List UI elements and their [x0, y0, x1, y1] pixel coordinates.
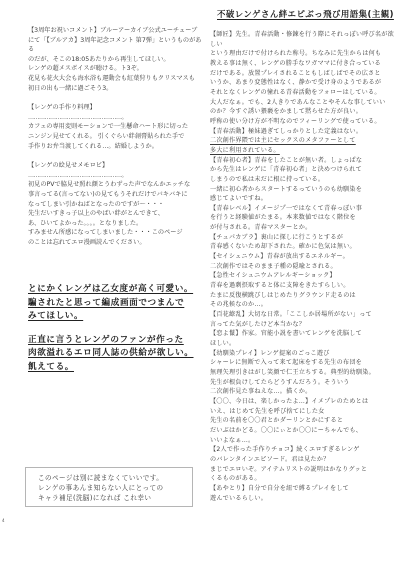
glossary-line: その兆候なのか…。: [210, 300, 395, 310]
emphasis-line: 飢えてる。: [28, 362, 74, 372]
glossary-line: くるものがある。: [210, 474, 395, 484]
glossary-line: 無理矢理引きはがし笑顔で仁王立ちする。典型的幼馴染。: [210, 368, 395, 378]
text-line: 初見のPVで脇見せ照れ顔とうわずった声でなんかエッチな: [28, 180, 203, 190]
text-line: 手作りお弁当渡してくれる…。結婚しようか。: [28, 142, 203, 152]
glossary-line: のバレンタインエピソード。君は見たか？: [210, 455, 395, 465]
note-box: このページは別に読まなくていいです。 レンゲの事あんま知らない人にとっての キャ…: [25, 467, 193, 507]
note-line: キャラ補足(洗脳)になれば これ幸い: [38, 493, 192, 503]
emphasis-line: 肉欲溢れるエロ同人誌の供給が欲しい。: [28, 348, 194, 358]
glossary-line: のか？今すぐ誘い猥褻をかまして黙らせた方が良い。: [210, 107, 395, 117]
glossary-line: 遊んでいるらしい。: [210, 494, 395, 504]
glossary-line: たまに反復横跳びしはじめたりグラウンド走るのは: [210, 291, 395, 301]
left-column: 【3周年お祝いコメント】ブルーアーカイブ公式ユーチューブ にて「【ブルアカ】3周…: [28, 26, 203, 374]
glossary-line: 一緒に初心者からスタートするっていうのも幼馴染を: [210, 185, 395, 195]
text-line: のことは忘れてエロ漫画読んでください。: [28, 238, 203, 248]
emphasis-line: みてほしい。: [28, 311, 83, 321]
glossary-line: いえ、はじめて先生を呼び捨てにした女: [210, 407, 395, 417]
emphasis-line: 騙されたと思って編成画面でつまんで: [28, 298, 184, 308]
glossary-line: 先生が根負けしてたらどうすんだろう。そういう: [210, 378, 395, 388]
glossary-line: 言ってた気がしたけど本当かな？: [210, 320, 395, 330]
glossary-line: 呼称の使い分け方が不明なのでフィーリングで使っている。: [210, 117, 395, 127]
glossary-line: 【セイシュニウム】青春が放出するエネルギー。: [210, 252, 395, 262]
glossary-line: まじでエロいぞ。アイテムリストの説明はかなりグッと: [210, 465, 395, 475]
glossary-line: 青春を過剰摂取すると体に支障をきたすらしい。: [210, 281, 395, 291]
glossary-line: が付与される。青春マスターとか。: [210, 223, 395, 233]
glossary-line: 【チュパカブラ】裏山に探しに行こうとするが: [210, 233, 395, 243]
memorobi-section: 【レンゲの絵見せメモロビ】 ……………………………………………。 初見のPVで脇…: [28, 161, 203, 247]
glossary-line: を行うと経験値がたまる。本来数値ではなく階位を: [210, 213, 395, 223]
glossary-line: 大人だなぁ。でも、2人きりであんなことやそんな事していい: [210, 98, 395, 108]
glossary-line: 【恋よ鬣】作家。官能小説を書いてレンゲを洗脳して: [210, 329, 395, 339]
glossary-line: 【急性セイシュニウムアレルギーショック】: [210, 271, 395, 281]
section-heading: 【レンゲの手作り料理】: [28, 103, 203, 113]
text-line: 先生だいすきっ子以上のやばい絆がとんできて、: [28, 209, 203, 219]
text-line: 初日の出も一緒に過ごそう3。: [28, 84, 203, 94]
page-number: 4: [2, 518, 5, 523]
glossary-line: いいよなぁ…。: [210, 436, 395, 446]
text-line: のだが、そこの18:05あたりから再生してほしい。: [28, 55, 203, 65]
glossary-column: 不破レンゲさん絆エピぶっ飛び用語集(主観) 【師匠】先生。青春活動・修錬を行う際…: [210, 8, 395, 503]
glossary-line: いうか、あまり変態性はなく、静かで受け身のようであるが: [210, 78, 395, 88]
glossary-line: 【青春活動】極妹過ぎてしっかりとした定義はない。: [210, 127, 395, 137]
glossary-body: 【師匠】先生。青春活動・修錬を行う際にそれっぽい呼び名が欲しいという理由だけで付…: [210, 30, 395, 503]
glossary-line: から先生はレンゲに「青春初心者」と決めつけられて: [210, 165, 395, 175]
glossary-line: シャーレに無断で入って来て起床をする先生の布団を: [210, 358, 395, 368]
text-line: 事言ってる(言ってない)の見てもうそれだけでバキバキに: [28, 190, 203, 200]
glossary-line: だけである。放置プレイされることもしばしばでその広さと: [210, 69, 395, 79]
glossary-line: 二次創作見た事ねえな…。描くか。: [210, 387, 395, 397]
glossary-line: 二次創作界隈では主にセックスのメタファーとして: [210, 136, 395, 146]
note-line: このページは別に読まなくていいです。: [38, 473, 192, 483]
emphasis-line: 正直に言うとレンゲのファンが作った: [28, 335, 184, 345]
text-line: カフェの専用変則モーションで一生懸命ハート形に切った: [28, 122, 203, 132]
note-line: レンゲの事あんま知らない人にとっての: [38, 483, 192, 493]
glossary-line: 二次創作ではそのまま子種の隠喩とされる。: [210, 262, 395, 272]
dotted-line: ……………………………………………。: [28, 113, 203, 123]
text-line: なってしまい引かねばとなったのですが～・・・: [28, 200, 203, 210]
glossary-title: 不破レンゲさん絆エピぶっ飛び用語集(主観): [210, 8, 395, 20]
emphasis-block-doujin: 正直に言うとレンゲのファンが作った 肉欲溢れるエロ同人誌の供給が欲しい。 飢えて…: [28, 334, 203, 375]
section-heading: 【レンゲの絵見せメモロビ】: [28, 161, 203, 171]
glossary-line: 多大に利用されている。: [210, 146, 395, 156]
text-line: ニンジン見せてくれる。 引くぐらい絆創膏貼られた手で: [28, 132, 203, 142]
glossary-line: 感じてよいですね。: [210, 194, 395, 204]
glossary-line: だいぶはかどる。〇〇にぃとか〇〇にーちゃんでも、: [210, 426, 395, 436]
glossary-line: 【あやとり】自分で自分を紐で縛るプレイをして: [210, 484, 395, 494]
glossary-line: 【青春初心者】青春をしたことが無い者。しょっぱな: [210, 156, 395, 166]
homemade-cooking-section: 【レンゲの手作り料理】 ……………………………………………。 カフェの専用変則モ…: [28, 103, 203, 151]
glossary-line: 【〇〇、今日は、楽しかったよ…】イメプレのためとは: [210, 397, 395, 407]
text-line: 【3周年お祝いコメント】ブルーアーカイブ公式ユーチューブ: [28, 26, 203, 36]
glossary-line: 【2人で作った手作りチョコ】続くエロすぎるレンゲ: [210, 445, 395, 455]
glossary-line: 青春感くないため却下された。確かに色気は無い。: [210, 242, 395, 252]
emphasis-line: とにかくレンゲは乙女度が高く可愛い。: [28, 284, 193, 294]
text-line: 花見も花火大会も海水浴も運動会も紅葉狩りもクリスマスも: [28, 74, 203, 84]
glossary-line: という理由だけで付けられた称号。ちなみに先生からは何も: [210, 49, 395, 59]
glossary-line: 【幼馴染プレイ】レンゲ提案のごっこ遊び: [210, 349, 395, 359]
glossary-line: 【青春レベル】イメージプ一ではなくて青春っぽい事: [210, 204, 395, 214]
text-line: すみません所感になってしまいました・・・このページ: [28, 228, 203, 238]
glossary-line: 先生の名前を〇〇君とかダーリンとかにすると: [210, 416, 395, 426]
glossary-line: ほしい。: [210, 339, 395, 349]
anniversary-comment-paragraph: 【3周年お祝いコメント】ブルーアーカイブ公式ユーチューブ にて「【ブルアカ】3周…: [28, 26, 203, 93]
text-line: にて「【ブルアカ】3周年記念コメント 第7弾」というものがある: [28, 36, 203, 55]
emphasis-block-cute: とにかくレンゲは乙女度が高く可愛い。 騙されたと思って編成画面でつまんで みてほ…: [28, 283, 203, 324]
glossary-line: 教える事は無く、レンゲの勝手なワガママに付き合っている: [210, 59, 395, 69]
glossary-line: それとなくレンゲの憧れる青春活動をフォローはしている。: [210, 88, 395, 98]
dotted-line: ……………………………………………。: [28, 171, 203, 181]
glossary-line: しまうので私は未だに根に持っている。: [210, 175, 395, 185]
glossary-line: 【百花繚乱】大切な日常。「ここしか居場所がない」って: [210, 310, 395, 320]
glossary-line: 【師匠】先生。青春活動・修錬を行う際にそれっぽい呼び名が欲しい: [210, 30, 395, 49]
text-line: レンゲの超メスボイスが聴ける。ト3ぞ。: [28, 64, 203, 74]
text-line: あ、ひいてよかった。。。。となりました。: [28, 219, 203, 229]
